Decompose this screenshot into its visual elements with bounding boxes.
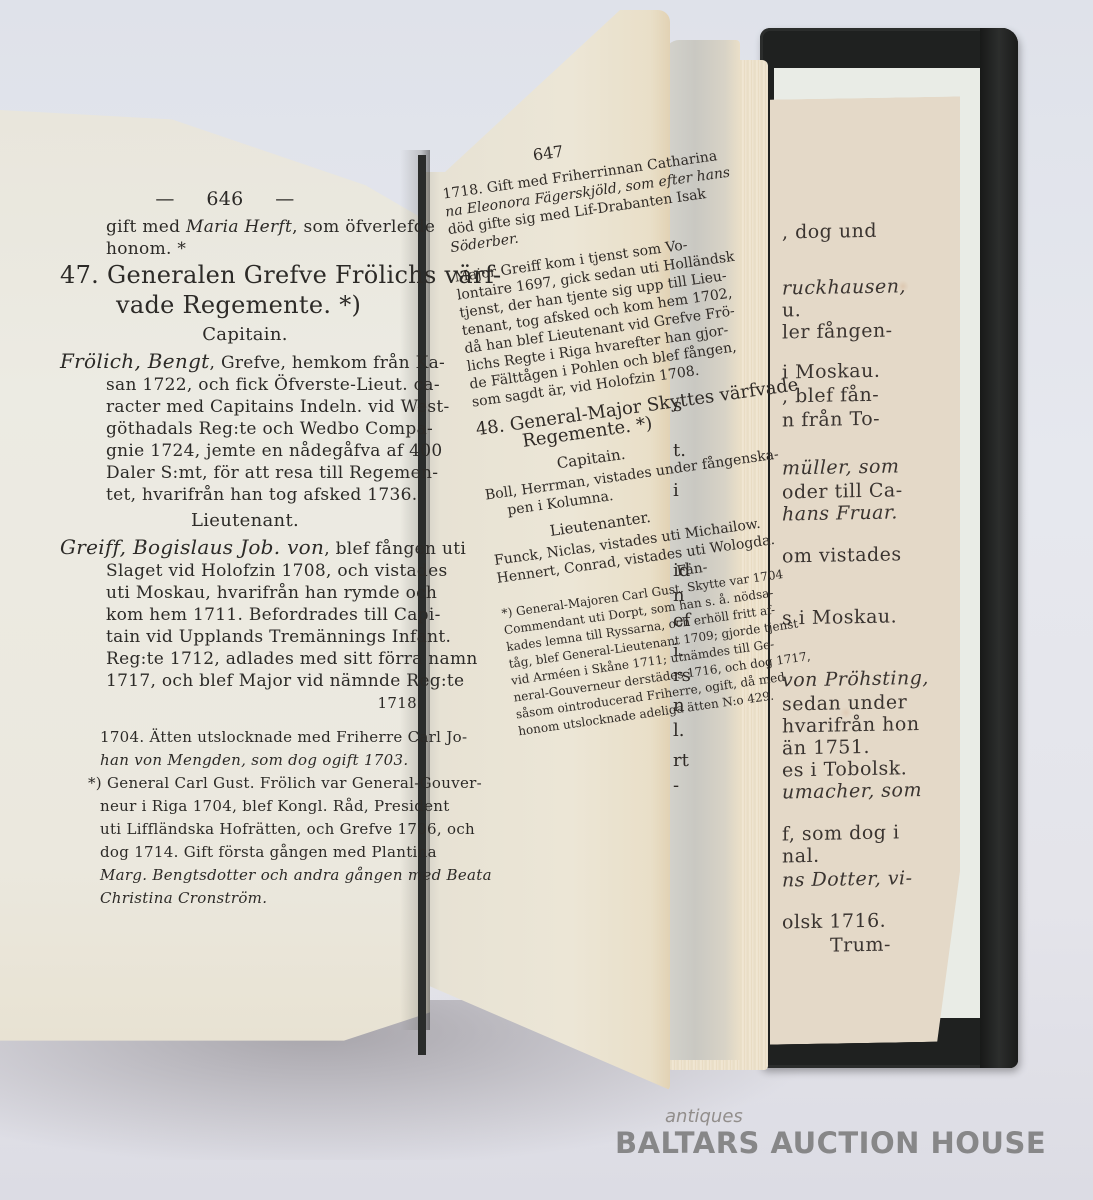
text-line: tet, hvarifrån han tog afsked 1736. <box>60 484 430 506</box>
text-line: Reg:te 1712, adlades med sitt förra namn <box>60 648 430 670</box>
left-page-text-block: — 646 — gift med Maria Herft, som öfverl… <box>60 188 430 910</box>
back-page-text: es i Tobolsk. <box>782 757 907 781</box>
back-page-text: olsk 1716. <box>782 910 886 934</box>
back-page-text: n från To- <box>782 408 880 432</box>
footnote-line: dog 1714. Gift första gången med Plantin… <box>60 841 430 864</box>
cover-edge <box>980 28 1018 1068</box>
page-header: — 646 — <box>60 188 430 210</box>
back-page-text: Trum- <box>830 934 891 957</box>
back-page-text: f, som dog i <box>782 821 900 845</box>
back-page-text: s i Moskau. <box>782 605 897 629</box>
text-line: tain vid Upplands Tremännings Infant. <box>60 626 430 648</box>
footnote-line: neur i Riga 1704, blef Kongl. Råd, Presi… <box>60 795 430 818</box>
middle-page-text: - <box>673 775 679 796</box>
text-line: uti Moskau, hvarifrån han rymde och <box>60 582 430 604</box>
text-line: göthadals Reg:te och Wedbo Compa- <box>60 418 430 440</box>
text-line: san 1722, och fick Öfverste-Lieut. ca- <box>60 374 430 396</box>
text-line: gift med Maria Herft, som öfverlefde <box>60 216 430 238</box>
rank-heading: Lieutenant. <box>60 510 430 532</box>
header-rule: — <box>275 188 294 210</box>
back-page-text: oder till Ca- <box>782 479 903 503</box>
rank-heading: Capitain. <box>60 324 430 346</box>
back-page-text: ns Dotter, vi- <box>782 867 913 891</box>
text-line: 1717, och blef Major vid nämnde Reg:te <box>60 670 430 692</box>
middle-page-text: rt <box>673 750 689 771</box>
back-page-text: än 1751. <box>782 736 870 760</box>
back-page-text: om vistades <box>782 543 902 567</box>
footnote-line: Marg. Bengtsdotter och andra gången med … <box>60 864 430 887</box>
page-number: 646 <box>206 188 243 210</box>
back-page-text: von Pröhsting, <box>782 667 929 692</box>
back-page-text: ler fången- <box>782 320 893 344</box>
entry-first-line: Greiff, Bogislaus Job. von, blef fången … <box>60 536 430 560</box>
text-line: 1718. <box>60 692 430 714</box>
text-line: kom hem 1711. Befordrades till Capi- <box>60 604 430 626</box>
footnote-line: Christina Cronström. <box>60 887 430 910</box>
text-line: racter med Capitains Indeln. vid West- <box>60 396 430 418</box>
section-heading: vade Regemente. *) <box>60 290 430 320</box>
back-page-text: müller, som <box>782 455 899 479</box>
watermark-title: BALTARS AUCTION HOUSE <box>615 1126 1046 1160</box>
header-rule: — <box>155 188 174 210</box>
back-page-text: nal. <box>782 845 820 868</box>
back-page-text: , dog und <box>782 220 877 244</box>
back-page-text: hans Fruar. <box>782 501 898 525</box>
footnote-line: *) General Carl Gust. Frölich var Genera… <box>60 772 430 795</box>
footnote-line: 1704. Ätten utslocknade med Friherre Car… <box>60 726 430 749</box>
back-page-text: u. <box>782 299 801 321</box>
section-heading: 47. Generalen Grefve Frölichs värf- <box>60 260 430 290</box>
entry-first-line: Frölich, Bengt, Grefve, hemkom från Ka- <box>60 350 430 374</box>
footnote-line: han von Mengden, som dog ogift 1703. <box>60 749 430 772</box>
text-line: Slaget vid Holofzin 1708, och vistades <box>60 560 430 582</box>
back-page-text: hvarifrån hon <box>782 713 920 737</box>
text-line: Daler S:mt, för att resa till Regemen- <box>60 462 430 484</box>
back-page-text: ruckhausen, <box>782 275 906 299</box>
footnote-line: uti Liffländska Hofrätten, och Grefve 17… <box>60 818 430 841</box>
back-page: , dog und ruckhausen, u. ler fången- i M… <box>770 96 960 1044</box>
middle-page-text: l. <box>673 720 684 741</box>
watermark-subtitle: antiques <box>665 1106 743 1127</box>
back-page-text: sedan under <box>782 691 907 715</box>
text-line: honom. * <box>60 238 430 260</box>
back-page-text: umacher, som <box>782 779 922 803</box>
text-line: gnie 1724, jemte en nådegåfva af 400 <box>60 440 430 462</box>
